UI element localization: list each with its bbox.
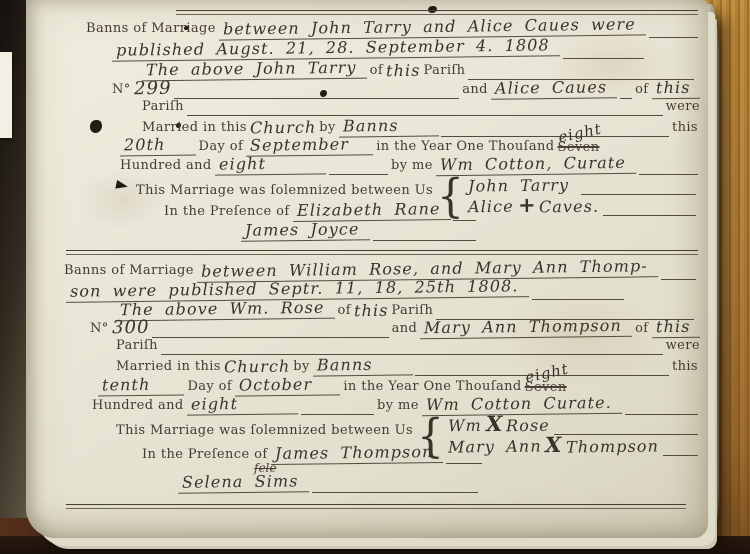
bride-signature-row: Mary Ann X Thompson (448, 435, 698, 456)
month-handwriting: October (235, 375, 340, 396)
officiant-signature: Wm Cotton, Curate (436, 154, 636, 176)
bride-name: Mary Ann Thompson (420, 317, 632, 339)
bride-signature-surname: Caves. (539, 198, 599, 216)
banns-line: Banns of Marriage between William Rose, … (64, 260, 696, 280)
parish-line: Pariſh were (142, 99, 700, 116)
by-me-label: by me (391, 158, 433, 175)
married-label: Married in this (116, 359, 221, 376)
this-label: this (672, 359, 698, 376)
rule-line (174, 93, 459, 99)
section-divider (66, 504, 686, 509)
signature-column: John Tarry Alice + Caves. (468, 174, 696, 216)
rule-line (661, 274, 696, 280)
parish-line: Pariſh were (116, 338, 700, 355)
ink-blot (90, 120, 102, 133)
register-page: Banns of Marriage between John Tarry and… (26, 0, 708, 538)
this-label: this (672, 120, 698, 137)
arrow-mark (115, 180, 129, 191)
married-line: Married in this Church by Banns this (142, 117, 698, 137)
hundred-label: Hundred and (92, 398, 184, 415)
rule-line (532, 294, 624, 300)
witness-line-2: Selena Sims (178, 473, 478, 493)
of-label: of (635, 321, 648, 338)
parish-label: Pariſh (116, 338, 158, 355)
hundred-value: eight (215, 154, 326, 175)
banns-label: Banns of Marriage (64, 263, 194, 280)
day-handwriting: tenth (98, 375, 185, 396)
method-handwriting: Banns (313, 355, 413, 376)
signature-column: Wm X Rose Mary Ann X Thompson (448, 414, 698, 456)
number-label: N° (90, 321, 109, 338)
bride-mark: + (517, 193, 535, 216)
bride-name: Alice Caues (491, 78, 617, 99)
groom-signature-row: Wm X Rose (448, 414, 698, 435)
section-divider (66, 250, 698, 255)
this-handwriting: this (386, 62, 421, 80)
by-label: by (293, 359, 309, 376)
number-label: N° (112, 82, 131, 99)
number-line: N° 299 and Alice Caues of this (112, 79, 700, 99)
bride-signature-row: Alice + Caves. (468, 195, 696, 216)
parish-label: Pariſh (424, 63, 466, 80)
bride-signature-surname: Thompson (566, 438, 659, 457)
married-line: Married in this Church by Banns this (116, 356, 698, 376)
this-handwriting: this (651, 318, 700, 338)
witness-line-1: In the Preſence of James Thompson (142, 444, 482, 464)
witness-line-1: In the Preſence of Elizabeth Rane (164, 201, 476, 221)
day-of-label: Day of (187, 379, 232, 396)
year-label: in the Year One Thouſand (343, 379, 521, 396)
this-handwriting: this (651, 79, 700, 99)
table-shadow (0, 536, 750, 554)
groom-signature-surname: Rose (506, 417, 550, 435)
hundred-line: Hundred and eight by me Wm Cotton, Curat… (120, 155, 698, 175)
witness-line-2: James Joyce (241, 221, 476, 241)
witness-1-signature: James Thompson (270, 443, 443, 465)
were-label: were (666, 338, 700, 355)
witness-2-signature: James Joyce (241, 220, 370, 241)
rule-line (446, 458, 482, 464)
published-line: published Augst. 21, 28. September 4. 18… (112, 39, 644, 59)
rule-line (187, 110, 663, 116)
rule-line (620, 93, 632, 99)
number-line: N° 300 and Mary Ann Thompson of this (90, 318, 700, 338)
bride-mark: X (545, 433, 562, 456)
banns-label: Banns of Marriage (86, 21, 216, 38)
solemnized-label: This Marriage was ſolemnized between Us (116, 423, 413, 440)
groom-signature-row: John Tarry (468, 174, 696, 195)
day-of-label: Day of (199, 139, 244, 156)
rule-line (663, 450, 698, 456)
parish-label: Pariſh (142, 99, 184, 116)
rule-line (563, 53, 644, 59)
of-label: of (635, 82, 648, 99)
groom-mark: X (485, 412, 502, 435)
witness-1-signature: Elizabeth Rane (292, 200, 450, 222)
and-label: and (392, 321, 418, 338)
of-label: of (370, 63, 383, 80)
entry-number: 299 (134, 79, 172, 99)
day-handwriting: 20th (120, 136, 196, 157)
rule-line (161, 349, 663, 355)
method-handwriting: Banns (339, 116, 439, 137)
rule-line (453, 215, 476, 221)
rule-line (649, 32, 698, 38)
presence-label: In the Preſence of (142, 447, 268, 464)
witness-2-signature: Selena Sims (178, 472, 309, 493)
rule-line (152, 332, 388, 338)
groom-signature: Wm (448, 417, 482, 435)
hundred-line: Hundred and eight by me Wm Cotton Curate… (92, 395, 698, 415)
presence-label: In the Preſence of (164, 204, 290, 221)
by-me-label: by me (377, 398, 419, 415)
groom-name: The above John Tarry (142, 59, 367, 81)
rule-line (603, 210, 696, 216)
above-line: The above John Tarry of this Pariſh (142, 60, 694, 80)
officiant-signature: Wm Cotton Curate. (422, 394, 622, 416)
church-handwriting: Church (224, 358, 291, 376)
published-line: son were published Septr. 11, 18, 25th 1… (66, 280, 624, 300)
day-line: tenth Day of October in the Year One Tho… (98, 376, 704, 396)
rule-line (312, 487, 478, 493)
hundred-label: Hundred and (120, 158, 212, 175)
rule-line (373, 235, 476, 241)
hundred-value: eight (187, 394, 298, 415)
and-label: and (462, 82, 488, 99)
were-label: were (666, 99, 700, 116)
loose-paper-edge (0, 52, 12, 138)
banns-line: Banns of Marriage between John Tarry and… (86, 18, 698, 38)
entry-number: 300 (112, 318, 150, 338)
solemnized-label: This Marriage was ſolemnized between Us (136, 183, 433, 200)
